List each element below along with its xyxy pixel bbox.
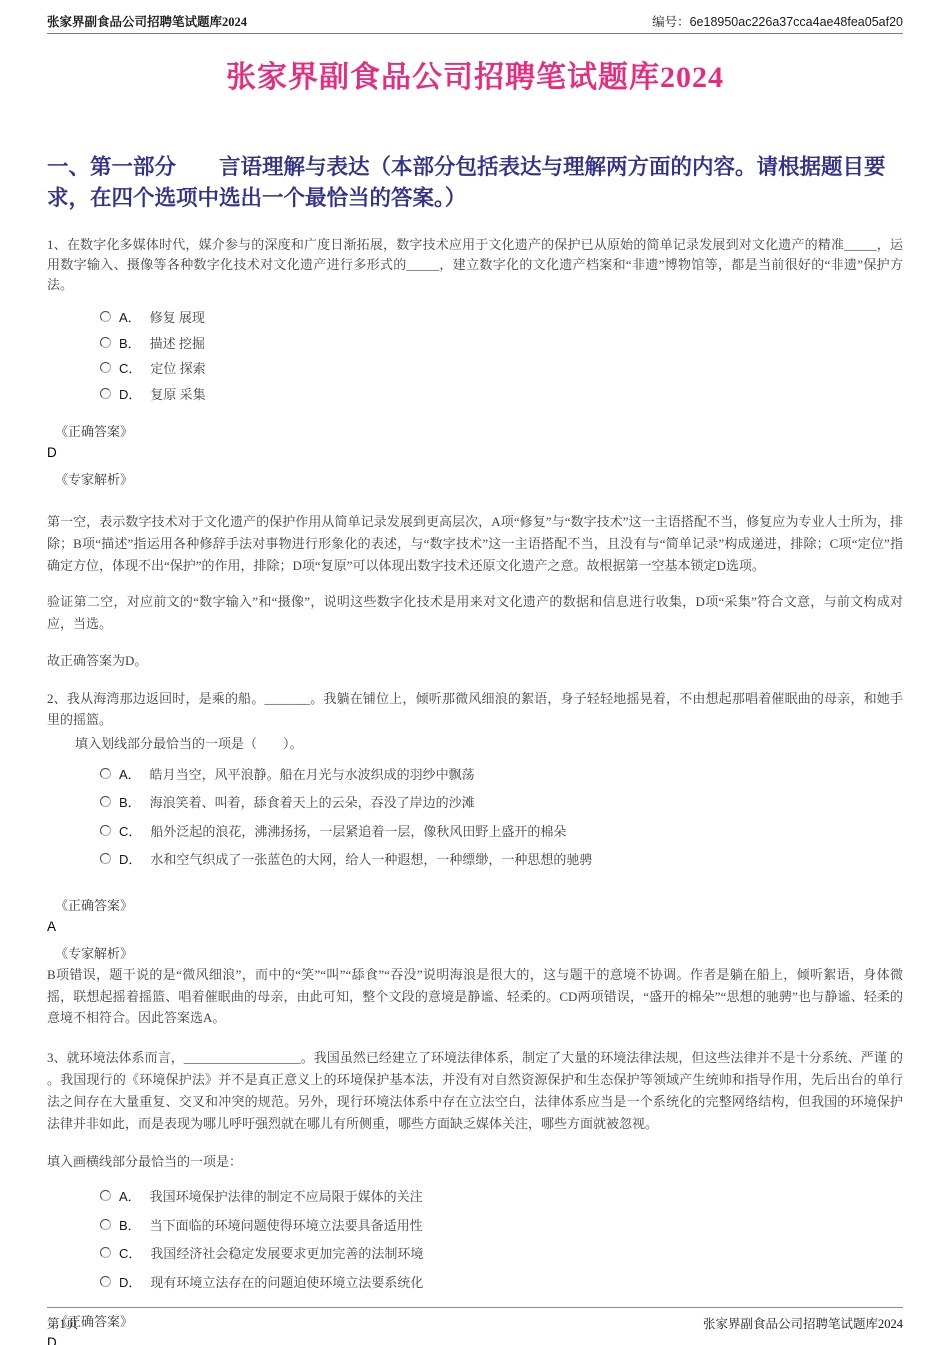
radio-button-icon[interactable] [100, 362, 111, 373]
question-2-text: 2、我从海湾那边返回时，是乘的船。_______。我躺在铺位上，倾听那微风细浪的… [47, 688, 903, 730]
page-footer: 第1页 张家界副食品公司招聘笔试题库2024 [47, 1307, 903, 1332]
correct-answer-label: 《正确答案》 [55, 421, 903, 440]
option-text: 现有环境立法存在的问题迫使环境立法要系统化 [150, 1272, 423, 1291]
question-3-options: A． 我国环境保护法律的制定不应局限于媒体的关注 B． 当下面临的环境问题使得环… [100, 1182, 903, 1296]
radio-button-icon[interactable] [100, 796, 111, 807]
radio-button-icon[interactable] [100, 337, 111, 348]
option-text: 船外泛起的浪花，沸沸扬扬，一层紧追着一层，像秋风田野上盛开的棉朵 [150, 821, 566, 840]
correct-answer-value: D [47, 1335, 903, 1345]
radio-button-icon[interactable] [100, 1247, 111, 1258]
option-letter: A． [119, 764, 141, 783]
analysis-paragraph: 第一空，表示数字技术对于文化遗产的保护作用从简单记录发展到更高层次，A项“修复”… [47, 511, 903, 577]
header-serial-number: 编号：6e18950ac226a37cca4ae48fea05af20 [652, 12, 903, 30]
question-2-options: A． 皓月当空，风平浪静。船在月光与水波织成的羽纱中飘荡 B． 海浪笑着、叫着，… [100, 759, 903, 873]
option-row-d: D． 现有环境立法存在的问题迫使环境立法要系统化 [100, 1267, 903, 1296]
option-letter: B． [119, 792, 141, 811]
radio-button-icon[interactable] [100, 825, 111, 836]
expert-analysis-label: 《专家解析》 [55, 943, 903, 962]
option-row-a: A． 修复 展现 [100, 304, 903, 330]
option-letter: C． [119, 1243, 141, 1262]
question-1-options: A． 修复 展现 B． 描述 挖掘 C． 定位 探索 D． 复原 采集 [100, 304, 903, 406]
option-text: 复原 采集 [150, 384, 205, 403]
analysis-paragraph: B项错误，题干说的是“微风细浪”，而中的“笑”“叫”“舔食”“吞没”说明海浪是很… [47, 964, 903, 1029]
radio-button-icon[interactable] [100, 853, 111, 864]
question-2: 2、我从海湾那边返回时，是乘的船。_______。我躺在铺位上，倾听那微风细浪的… [47, 688, 903, 1029]
radio-button-icon[interactable] [100, 388, 111, 399]
option-letter: C． [119, 358, 141, 377]
option-text: 描述 挖掘 [150, 333, 205, 352]
option-row-d: D． 水和空气织成了一张蓝色的大网，给人一种遐想，一种缥缈，一种思想的驰骋 [100, 845, 903, 874]
option-text: 水和空气织成了一张蓝色的大网，给人一种遐想，一种缥缈，一种思想的驰骋 [150, 849, 592, 868]
question-1-text: 1、在数字化多媒体时代，媒介参与的深度和广度日渐拓展，数字技术应用于文化遗产的保… [47, 235, 903, 295]
option-letter: A． [119, 1186, 141, 1205]
radio-button-icon[interactable] [100, 311, 111, 322]
option-row-c: C． 我国经济社会稳定发展要求更加完善的法制环境 [100, 1239, 903, 1268]
header-doc-title: 张家界副食品公司招聘笔试题库2024 [47, 12, 247, 30]
option-row-a: A． 我国环境保护法律的制定不应局限于媒体的关注 [100, 1182, 903, 1211]
option-row-b: B． 海浪笑着、叫着，舔食着天上的云朵，吞没了岸边的沙滩 [100, 788, 903, 817]
question-1: 1、在数字化多媒体时代，媒介参与的深度和广度日渐拓展，数字技术应用于文化遗产的保… [47, 235, 903, 672]
question-2-prompt: 填入划线部分最恰当的一项是（ ）。 [75, 733, 903, 752]
option-text: 海浪笑着、叫着，舔食着天上的云朵，吞没了岸边的沙滩 [150, 792, 475, 811]
radio-button-icon[interactable] [100, 1190, 111, 1201]
option-text: 修复 展现 [150, 307, 205, 326]
option-row-d: D． 复原 采集 [100, 381, 903, 407]
radio-button-icon[interactable] [100, 1219, 111, 1230]
page-header: 张家界副食品公司招聘笔试题库2024 编号：6e18950ac226a37cca… [47, 0, 903, 34]
option-text: 我国环境保护法律的制定不应局限于媒体的关注 [150, 1186, 423, 1205]
option-row-c: C． 定位 探索 [100, 355, 903, 381]
option-letter: B． [119, 333, 141, 352]
option-text: 当下面临的环境问题使得环境立法要具备适用性 [150, 1215, 423, 1234]
section-heading: 一、第一部分 言语理解与表达（本部分包括表达与理解两方面的内容。请根据题目要求，… [47, 152, 903, 213]
option-letter: B． [119, 1215, 141, 1234]
page-title: 张家界副食品公司招聘笔试题库2024 [47, 52, 903, 96]
question-3-prompt: 填入画横线部分最恰当的一项是： [47, 1151, 903, 1170]
option-row-b: B． 描述 挖掘 [100, 330, 903, 356]
option-letter: C． [119, 821, 141, 840]
radio-button-icon[interactable] [100, 768, 111, 779]
correct-answer-value: D [47, 445, 903, 460]
correct-answer-value: A [47, 919, 903, 934]
option-letter: D． [119, 849, 141, 868]
option-row-c: C． 船外泛起的浪花，沸沸扬扬，一层紧追着一层，像秋风田野上盛开的棉朵 [100, 816, 903, 845]
option-row-a: A． 皓月当空，风平浪静。船在月光与水波织成的羽纱中飘荡 [100, 759, 903, 788]
question-3-text: 3、就环境法体系而言，__________________。我国虽然已经建立了环… [47, 1047, 903, 1135]
footer-doc-title: 张家界副食品公司招聘笔试题库2024 [703, 1314, 903, 1332]
analysis-paragraph: 验证第二空，对应前文的“数字输入”和“摄像”，说明这些数字化技术是用来对文化遗产… [47, 591, 903, 635]
option-text: 定位 探索 [150, 358, 205, 377]
option-text: 皓月当空，风平浪静。船在月光与水波织成的羽纱中飘荡 [150, 764, 475, 783]
option-letter: A． [119, 307, 141, 326]
analysis-paragraph: 故正确答案为D。 [47, 650, 903, 672]
expert-analysis-label: 《专家解析》 [55, 469, 903, 488]
document-page: 张家界副食品公司招聘笔试题库2024 编号：6e18950ac226a37cca… [0, 0, 950, 1345]
footer-page-number: 第1页 [47, 1314, 78, 1332]
option-letter: D． [119, 384, 141, 403]
question-3: 3、就环境法体系而言，__________________。我国虽然已经建立了环… [47, 1047, 903, 1345]
option-row-b: B． 当下面临的环境问题使得环境立法要具备适用性 [100, 1210, 903, 1239]
option-text: 我国经济社会稳定发展要求更加完善的法制环境 [150, 1243, 423, 1262]
correct-answer-label: 《正确答案》 [55, 895, 903, 914]
option-letter: D． [119, 1272, 141, 1291]
radio-button-icon[interactable] [100, 1276, 111, 1287]
